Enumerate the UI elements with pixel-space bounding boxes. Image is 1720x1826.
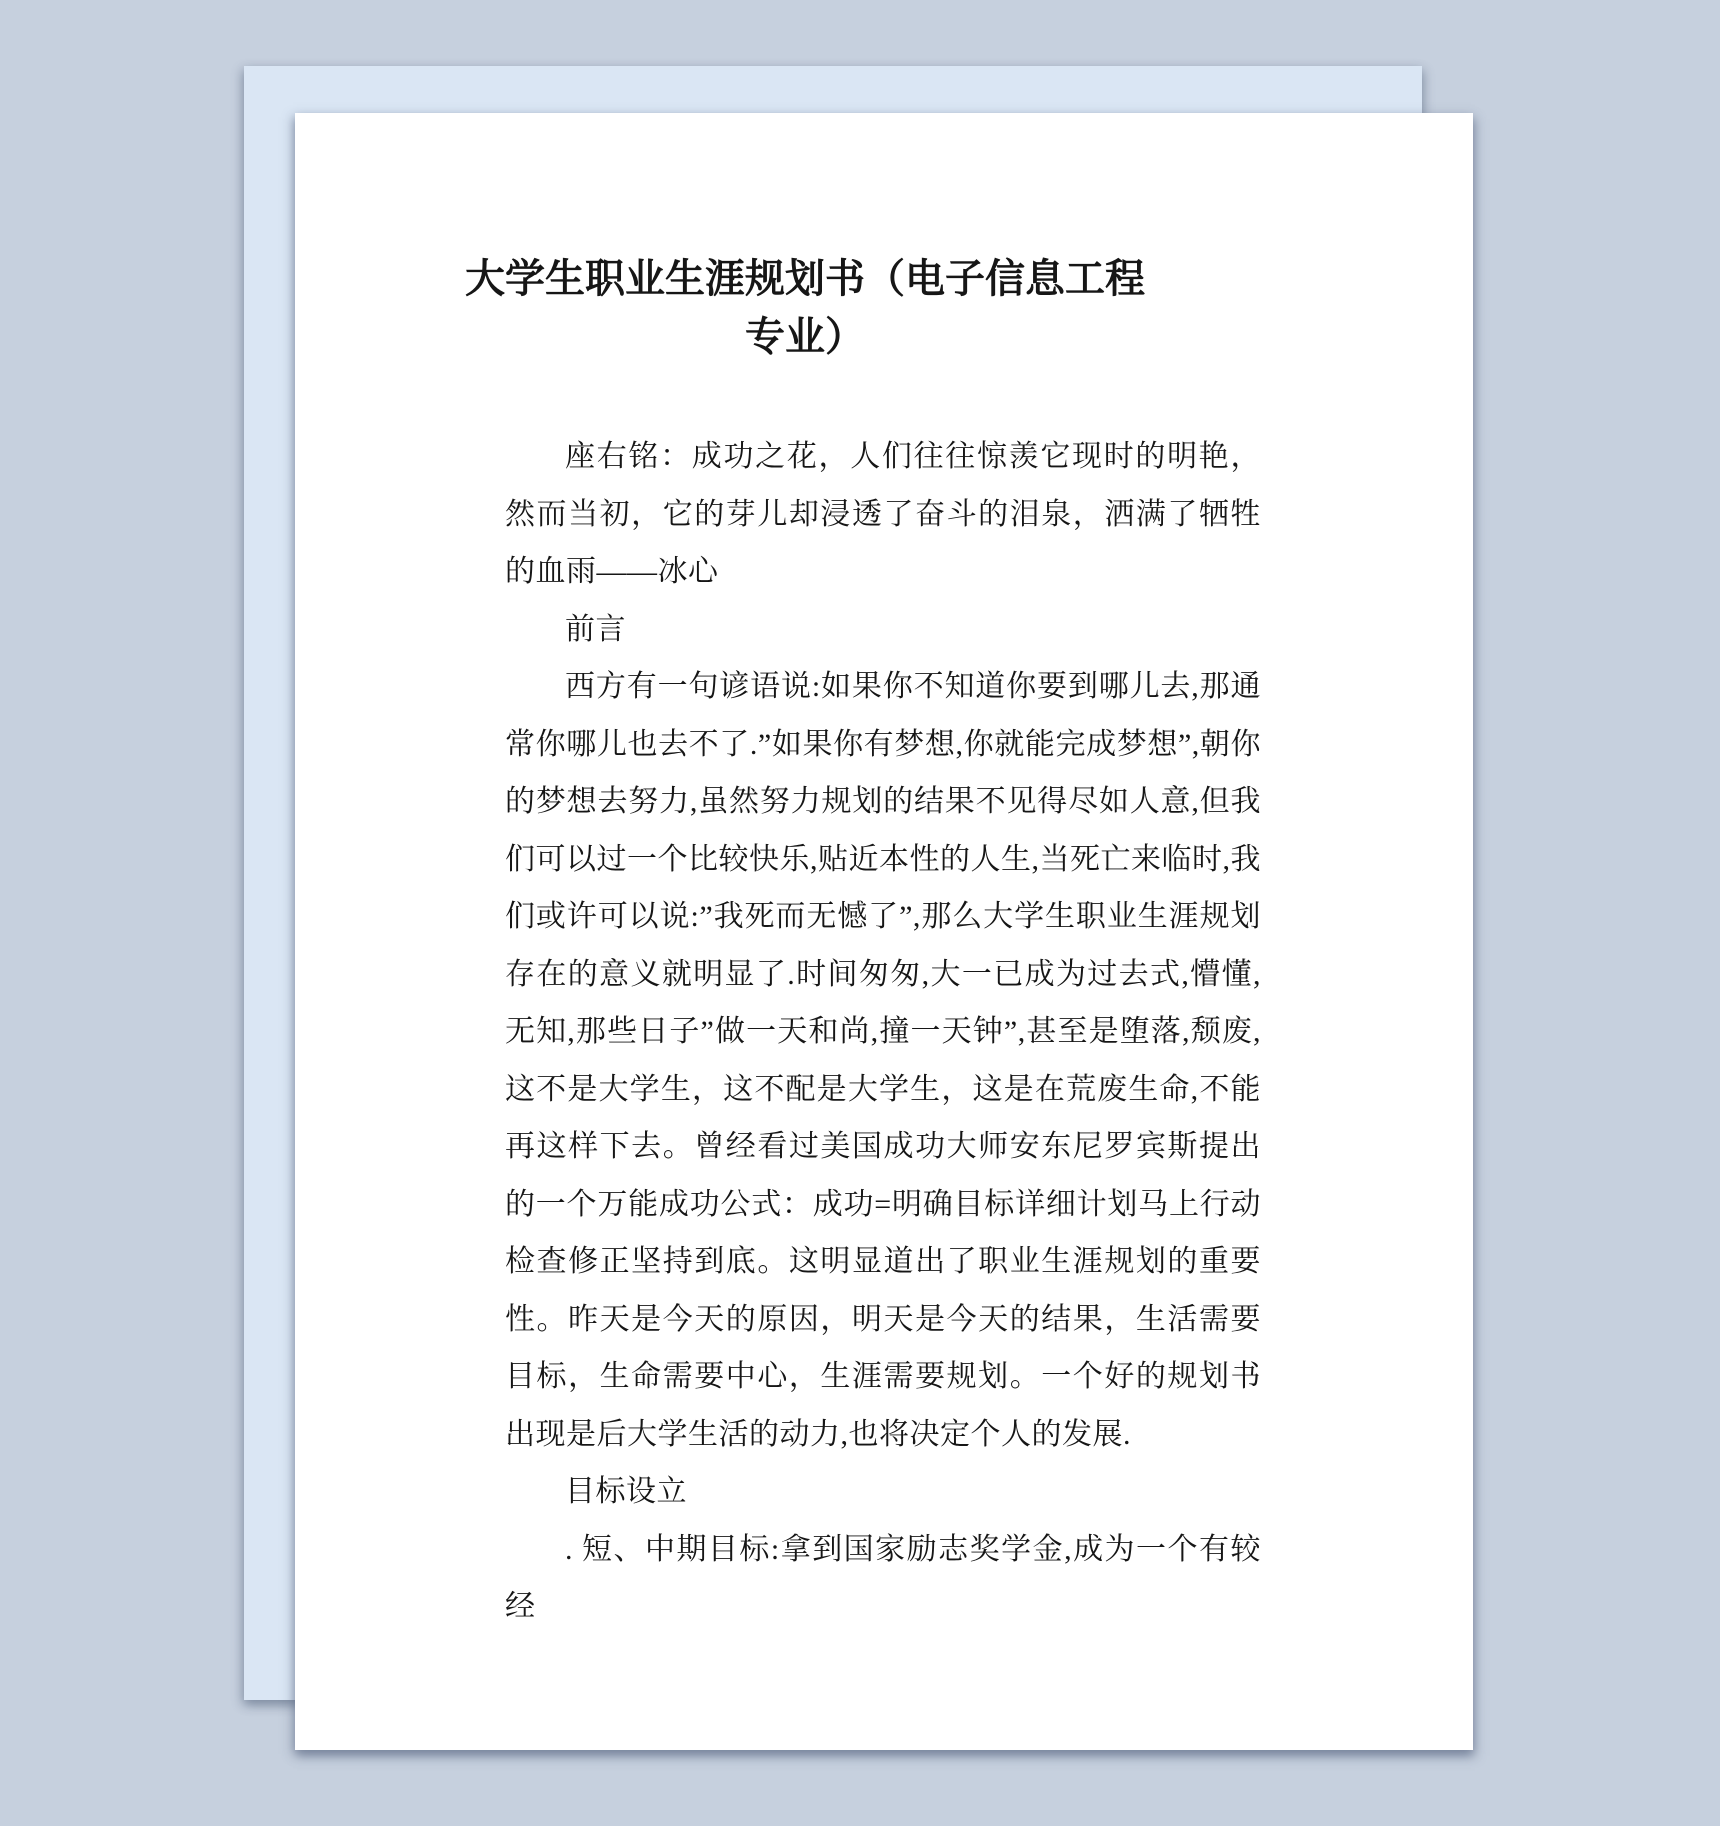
document-paragraph: 前言 bbox=[505, 601, 1261, 659]
desktop-background: { "colors": { "background": "#c6d0de", "… bbox=[0, 0, 1720, 1826]
document-paragraph: . 短、中期目标:拿到国家励志奖学金,成为一个有较经 bbox=[505, 1521, 1261, 1636]
document-body: 座右铭：成功之花，人们往往惊羡它现时的明艳，然而当初，它的芽儿却浸透了奋斗的泪泉… bbox=[505, 428, 1261, 1636]
document-paragraph: 西方有一句谚语说:如果你不知道你要到哪儿去,那通常你哪儿也去不了.”如果你有梦想… bbox=[505, 658, 1261, 1463]
document-paragraph: 座右铭：成功之花，人们往往惊羡它现时的明艳，然而当初，它的芽儿却浸透了奋斗的泪泉… bbox=[505, 428, 1261, 601]
document-title-line2: 专业） bbox=[745, 314, 865, 359]
document-title-line1: 大学生职业生涯规划书（电子信息工程 bbox=[465, 256, 1145, 301]
document-paragraph: 目标设立 bbox=[505, 1463, 1261, 1521]
document-page: 大学生职业生涯规划书（电子信息工程 专业） 座右铭：成功之花，人们往往惊羡它现时… bbox=[295, 113, 1473, 1750]
document-title: 大学生职业生涯规划书（电子信息工程 专业） bbox=[427, 250, 1183, 366]
